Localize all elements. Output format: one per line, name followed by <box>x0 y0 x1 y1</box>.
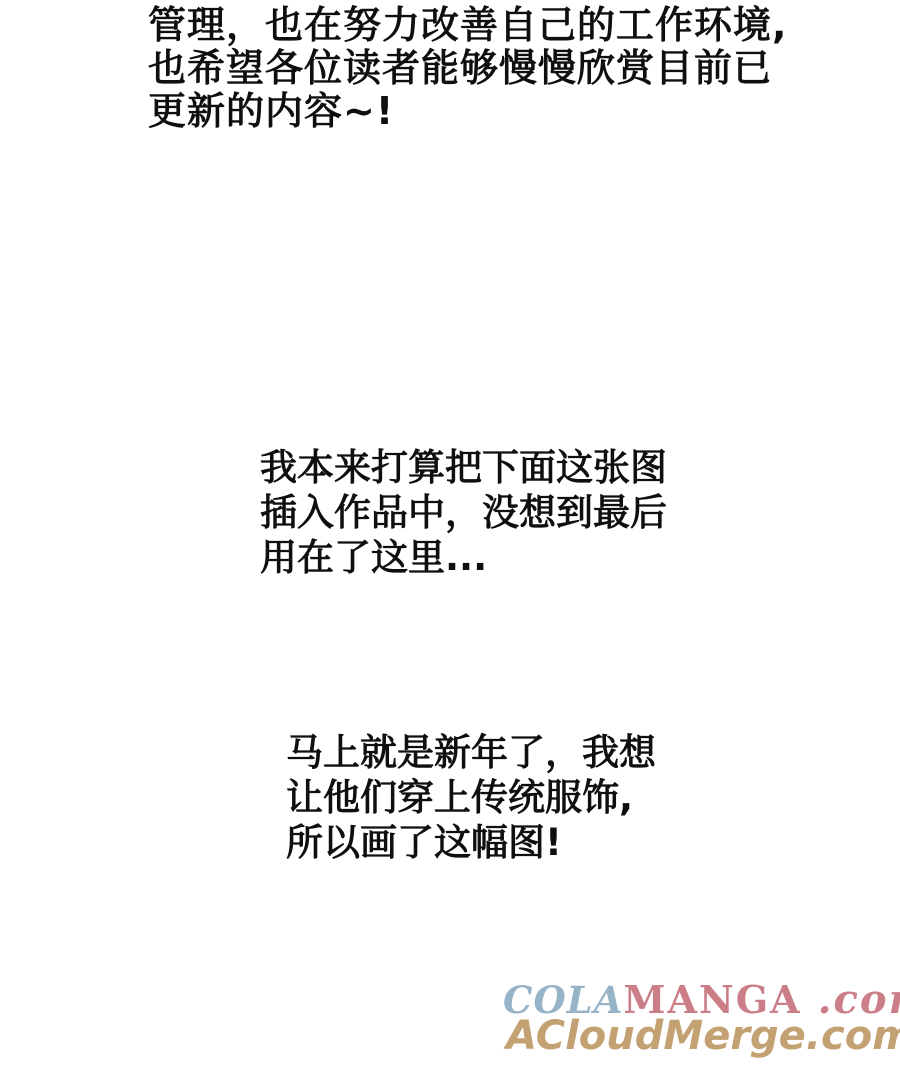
text-line: 插入作品中，没想到最后 <box>260 490 667 535</box>
text-line: 让他们穿上传统服饰, <box>286 775 656 820</box>
text-line: 更新的内容~! <box>148 90 787 133</box>
text-line: 也希望各位读者能够慢慢欣赏目前已 <box>148 47 787 90</box>
text-line: 所以画了这幅图! <box>286 820 656 865</box>
afterword-paragraph-3: 马上就是新年了，我想 让他们穿上传统服饰, 所以画了这幅图! <box>286 730 656 865</box>
text-line: 管理，也在努力改善自己的工作环境, <box>148 4 787 47</box>
acloudmerge-watermark: ACloudMerge.com <box>506 1013 900 1059</box>
afterword-paragraph-1: 管理，也在努力改善自己的工作环境, 也希望各位读者能够慢慢欣赏目前已 更新的内容… <box>148 4 787 133</box>
text-line: 我本来打算把下面这张图 <box>260 445 667 490</box>
afterword-paragraph-2: 我本来打算把下面这张图 插入作品中，没想到最后 用在了这里... <box>260 445 667 580</box>
text-line: 马上就是新年了，我想 <box>286 730 656 775</box>
manga-afterword-page: { "page": { "background": "#ffffff", "te… <box>0 0 900 1067</box>
text-line: 用在了这里... <box>260 535 667 580</box>
